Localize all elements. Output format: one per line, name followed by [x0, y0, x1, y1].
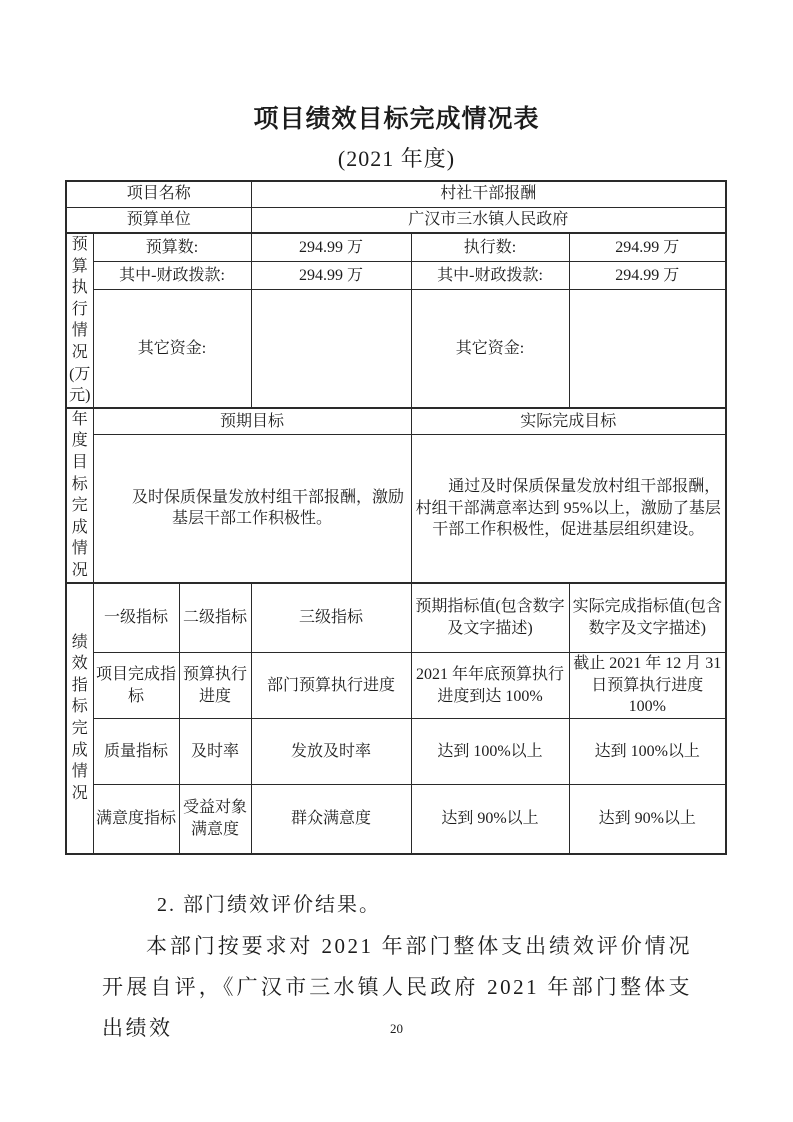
section-heading: 2. 部门绩效评价结果。	[157, 888, 381, 917]
perf-row-cell: 发放及时率	[251, 719, 411, 785]
executed-amount-label: 执行数:	[411, 233, 569, 261]
budget-section-side-label: 预 算 执 行 情 况 (万 元)	[66, 233, 93, 408]
perf-row-cell: 及时率	[179, 719, 251, 785]
document-page: 项目绩效目标完成情况表 (2021 年度) 项目名称 村社干部报酬 预算单位 广…	[0, 0, 793, 1122]
perf-row-cell: 达到 100%以上	[569, 719, 726, 785]
fiscal-allocation-label-left: 其中-财政拨款:	[93, 261, 251, 289]
perf-row-cell: 达到 100%以上	[411, 719, 569, 785]
executed-amount-value: 294.99 万	[569, 233, 726, 261]
expected-goal-text: 及时保质保量发放村组干部报酬，激励基层干部工作积极性。	[93, 435, 411, 583]
budget-unit-value: 广汉市三水镇人民政府	[251, 207, 726, 233]
perf-row-cell: 预算执行进度	[179, 653, 251, 719]
other-funds-label-right: 其它资金:	[411, 290, 569, 408]
project-name-label: 项目名称	[66, 181, 251, 207]
header-level1-indicator: 一级指标	[93, 583, 179, 653]
perf-row-cell: 受益对象满意度	[179, 785, 251, 854]
perf-row-cell: 部门预算执行进度	[251, 653, 411, 719]
perf-row-cell: 满意度指标	[93, 785, 179, 854]
perf-row-cell: 质量指标	[93, 719, 179, 785]
performance-target-table: 项目名称 村社干部报酬 预算单位 广汉市三水镇人民政府 预 算 执 行 情 况 …	[65, 180, 727, 855]
other-funds-value-left	[251, 290, 411, 408]
perf-row-cell: 达到 90%以上	[569, 785, 726, 854]
header-level3-indicator: 三级指标	[251, 583, 411, 653]
annual-section-side-label: 年 度 目 标 完 成 情 况	[66, 408, 93, 583]
perf-section-side-label: 绩 效 指 标 完 成 情 况	[66, 583, 93, 854]
budget-amount-label: 预算数:	[93, 233, 251, 261]
budget-amount-value: 294.99 万	[251, 233, 411, 261]
page-subtitle: (2021 年度)	[0, 142, 793, 173]
other-funds-label-left: 其它资金:	[93, 290, 251, 408]
actual-goal-text: 通过及时保质保量发放村组干部报酬，村组干部满意率达到 95%以上，激励了基层干部…	[411, 435, 726, 583]
expected-goal-header: 预期目标	[93, 408, 411, 435]
header-actual-value: 实际完成指标值(包含数字及文字描述)	[569, 583, 726, 653]
actual-goal-header: 实际完成目标	[411, 408, 726, 435]
perf-row-cell: 达到 90%以上	[411, 785, 569, 854]
header-expected-value: 预期指标值(包含数字及文字描述)	[411, 583, 569, 653]
fiscal-allocation-value-left: 294.99 万	[251, 261, 411, 289]
fiscal-allocation-label-right: 其中-财政拨款:	[411, 261, 569, 289]
project-name-value: 村社干部报酬	[251, 181, 726, 207]
perf-row-cell: 群众满意度	[251, 785, 411, 854]
other-funds-value-right	[569, 290, 726, 408]
perf-row-cell: 2021 年年底预算执行进度到达 100%	[411, 653, 569, 719]
perf-row-cell: 项目完成指标	[93, 653, 179, 719]
fiscal-allocation-value-right: 294.99 万	[569, 261, 726, 289]
header-level2-indicator: 二级指标	[179, 583, 251, 653]
budget-unit-label: 预算单位	[66, 207, 251, 233]
page-title: 项目绩效目标完成情况表	[0, 99, 793, 135]
perf-row-cell: 截止 2021 年 12 月 31 日预算执行进度 100%	[569, 653, 726, 719]
page-number: 20	[0, 1021, 793, 1037]
